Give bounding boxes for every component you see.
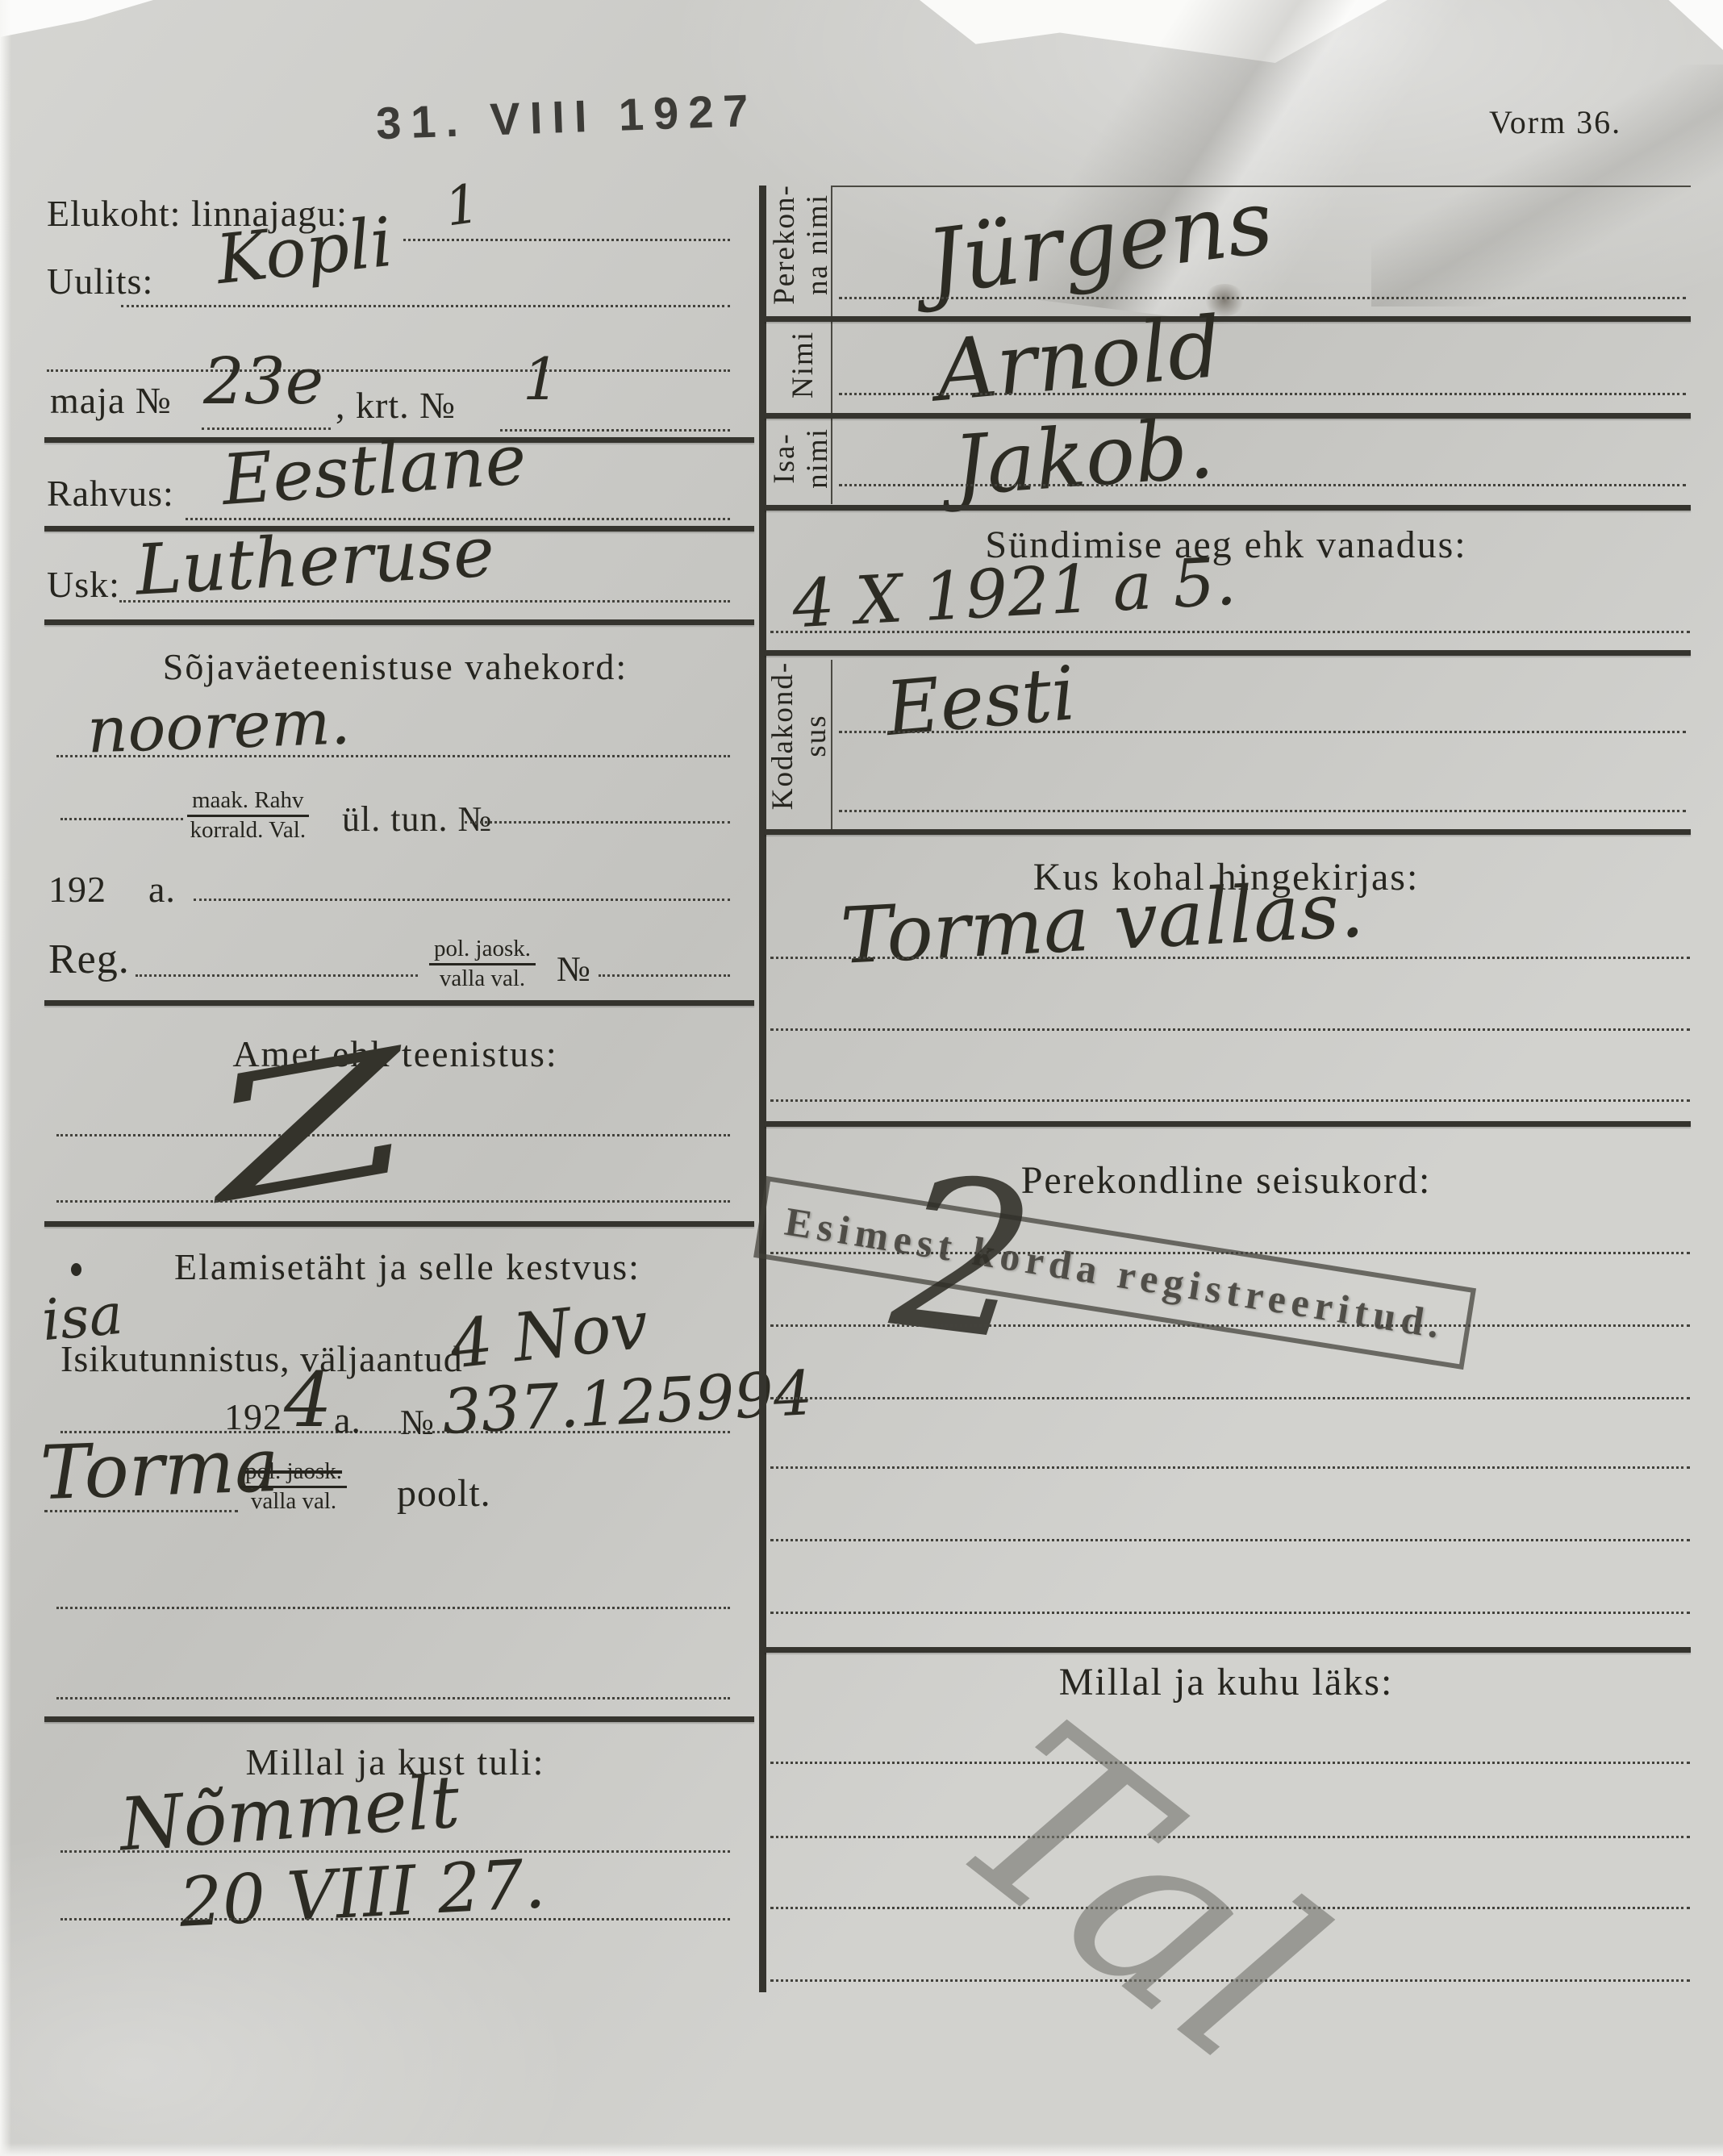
dotted-line — [839, 393, 1686, 395]
maja-value: 23e — [203, 344, 323, 419]
dotted-line — [119, 600, 730, 603]
dotted-line — [770, 1762, 1690, 1764]
dotted-line — [770, 1539, 1690, 1541]
issue-year-hand: 4 — [284, 1357, 332, 1445]
dotted-line — [47, 369, 730, 372]
label-line: na nimi — [801, 194, 834, 295]
dotted-line — [770, 1252, 1690, 1254]
separator-bar — [765, 1647, 1691, 1653]
label-line: Isa- — [768, 432, 801, 483]
isikutunnistus-label: Isikutunnistus, väljaantud — [60, 1337, 463, 1380]
issue-a-label: a. — [334, 1399, 361, 1441]
poolt-label: poolt. — [397, 1471, 491, 1516]
dotted-line — [465, 821, 730, 824]
dotted-line — [194, 899, 730, 901]
separator-bar — [765, 1121, 1691, 1127]
paper-edge-left — [0, 0, 11, 2156]
krt-value: 1 — [523, 345, 560, 413]
elamisetaht-heading: Elamisetäht ja selle kestvus: — [174, 1245, 640, 1288]
dotted-line — [202, 427, 331, 430]
dotted-line — [770, 1397, 1690, 1399]
form-number: Vorm 36. — [1489, 103, 1621, 141]
dotted-line — [121, 305, 730, 307]
fraction-top: pol. jaosk. — [429, 936, 536, 965]
fraction-bottom: valla val. — [251, 1488, 336, 1515]
separator-bar — [765, 413, 1691, 419]
dotted-line — [60, 818, 183, 820]
label-line: sus — [799, 714, 832, 757]
dotted-line — [839, 731, 1686, 733]
reg-no-label: № — [557, 949, 591, 990]
kodakondsus-value: Eesti — [882, 650, 1079, 753]
dotted-line — [56, 1697, 730, 1699]
fraction-bottom: korrald. Val. — [190, 817, 306, 844]
ul-tun-label: ül. tun. № — [342, 799, 492, 840]
maak-rahv-fraction: maak. Rahv korrald. Val. — [187, 787, 309, 844]
label-line: Perekon- — [768, 184, 801, 305]
isanimi-label: Isa- nimi — [767, 402, 835, 515]
separator-bar — [765, 505, 1691, 511]
dotted-line — [60, 1918, 730, 1920]
kodakondsus-label: Kodakond- sus — [766, 647, 833, 824]
dotted-line — [500, 429, 730, 432]
fraction-top-struck: pol. jaosk. — [240, 1458, 347, 1488]
separator-bar — [44, 1000, 754, 1006]
label-line: nimi — [801, 427, 834, 489]
amet-dash-mark: Z — [194, 1012, 426, 1241]
dotted-line — [839, 810, 1686, 812]
usk-label: Usk: — [47, 563, 120, 606]
krt-label: , krt. № — [336, 384, 456, 427]
separator-bar — [44, 619, 754, 625]
dotted-line — [599, 974, 730, 977]
separator-bar — [44, 1221, 754, 1227]
dotted-line — [44, 1510, 238, 1512]
year-label: 192 — [48, 868, 106, 911]
separator-bar — [765, 650, 1691, 656]
label-line: Kodakond- — [766, 661, 799, 810]
dotted-line — [770, 1466, 1690, 1469]
dotted-line — [136, 974, 418, 977]
isanimi-value: Jakob. — [950, 401, 1216, 515]
dotted-line — [770, 1099, 1690, 1102]
pol-jaosk-fraction: pol. jaosk. valla val. — [429, 936, 536, 992]
dotted-line — [56, 1607, 730, 1609]
separator-bar — [44, 1716, 754, 1722]
issue-no-label: № — [400, 1402, 435, 1443]
separator-bar — [765, 829, 1691, 835]
dotted-line — [770, 1028, 1690, 1031]
pol-jaosk-fraction-struck: pol. jaosk. valla val. — [240, 1458, 347, 1515]
fraction-bottom: valla val. — [440, 965, 525, 992]
year-a-label: a. — [148, 868, 176, 911]
uulits-label: Uulits: — [47, 260, 153, 302]
sojavaeteenistus-heading: Sõjaväeteenistuse vahekord: — [163, 645, 628, 688]
dotted-line — [839, 297, 1686, 299]
dotted-line — [56, 1200, 730, 1203]
seisukord-heading: Perekondline seisukord: — [1021, 1158, 1432, 1203]
ink-dot — [71, 1263, 81, 1276]
dotted-line — [56, 755, 730, 757]
maja-label: maja № — [50, 379, 172, 422]
dotted-line — [770, 1324, 1690, 1327]
reg-label: Reg. — [48, 936, 130, 983]
fraction-top: maak. Rahv — [187, 787, 309, 817]
dotted-line — [839, 484, 1686, 486]
dotted-line — [770, 631, 1690, 633]
scanned-registration-card: { "header": { "date_stamp": "31. VIII 19… — [0, 0, 1723, 2156]
paper-edge-bottom — [0, 2143, 1723, 2156]
separator-bar — [765, 316, 1691, 322]
rahvus-label: Rahvus: — [47, 472, 174, 515]
dotted-line — [770, 1612, 1690, 1614]
dotted-line — [403, 239, 730, 241]
column-divider — [759, 186, 766, 1992]
label-line: Nimi — [786, 331, 820, 398]
dotted-line — [770, 957, 1690, 959]
perekonnanimi-label: Perekon- na nimi — [767, 164, 835, 325]
